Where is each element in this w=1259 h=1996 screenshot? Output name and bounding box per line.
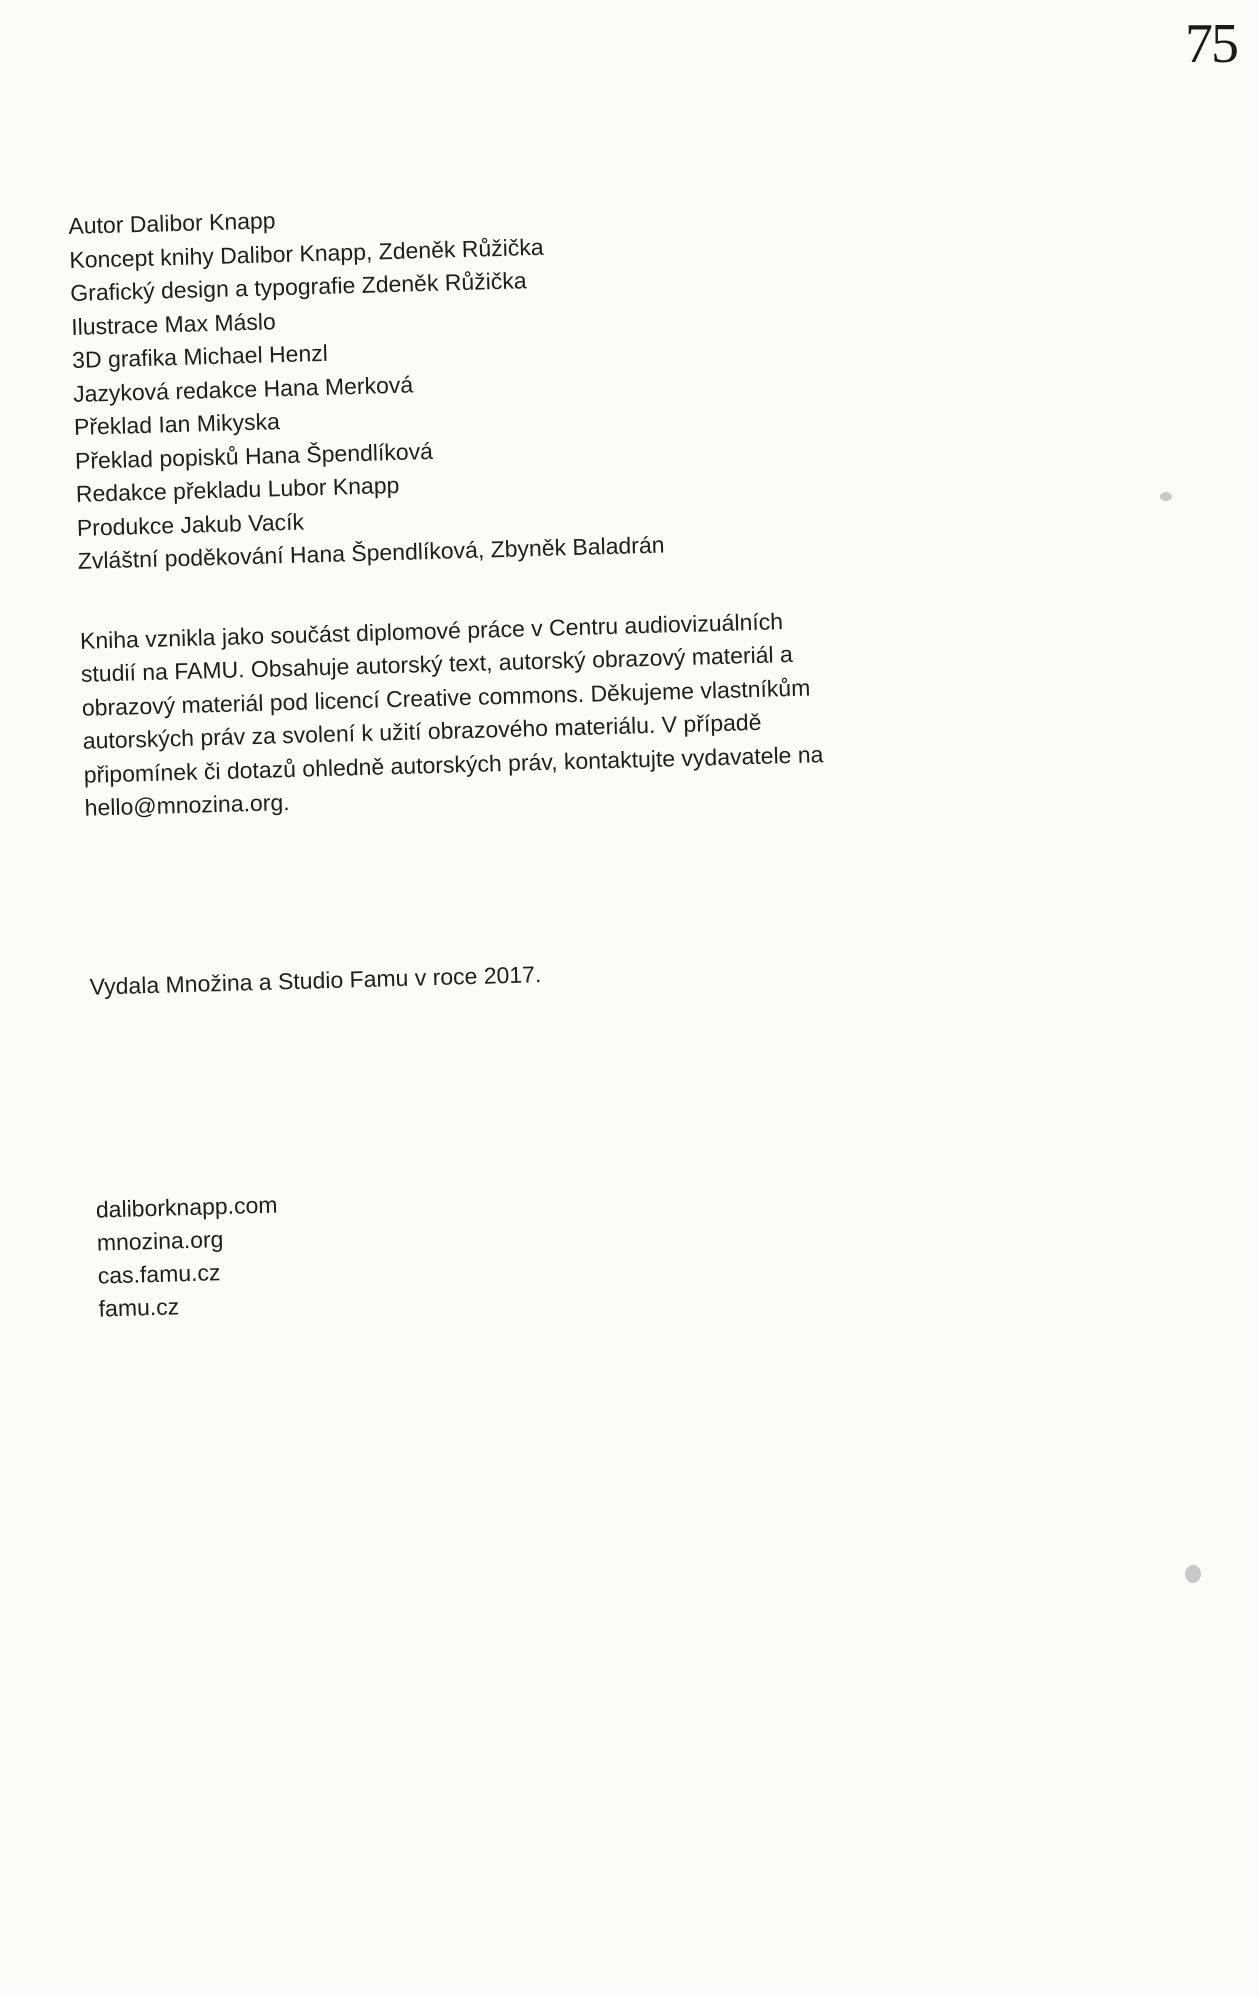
colophon: Autor Dalibor Knapp Koncept knihy Dalibo…: [68, 185, 999, 1349]
website-links: daliborknapp.com mnozina.org cas.famu.cz…: [95, 1168, 998, 1325]
page-number: 75: [1185, 12, 1237, 76]
paper-speck: [1160, 492, 1172, 501]
copyright-notice: Kniha vznikla jako součást diplomové prá…: [80, 604, 825, 826]
credits-list: Autor Dalibor Knapp Koncept knihy Dalibo…: [68, 185, 978, 578]
paper-speck: [1185, 1565, 1201, 1583]
publisher-line: Vydala Množina a Studio Famu v roce 2017…: [89, 945, 990, 1004]
